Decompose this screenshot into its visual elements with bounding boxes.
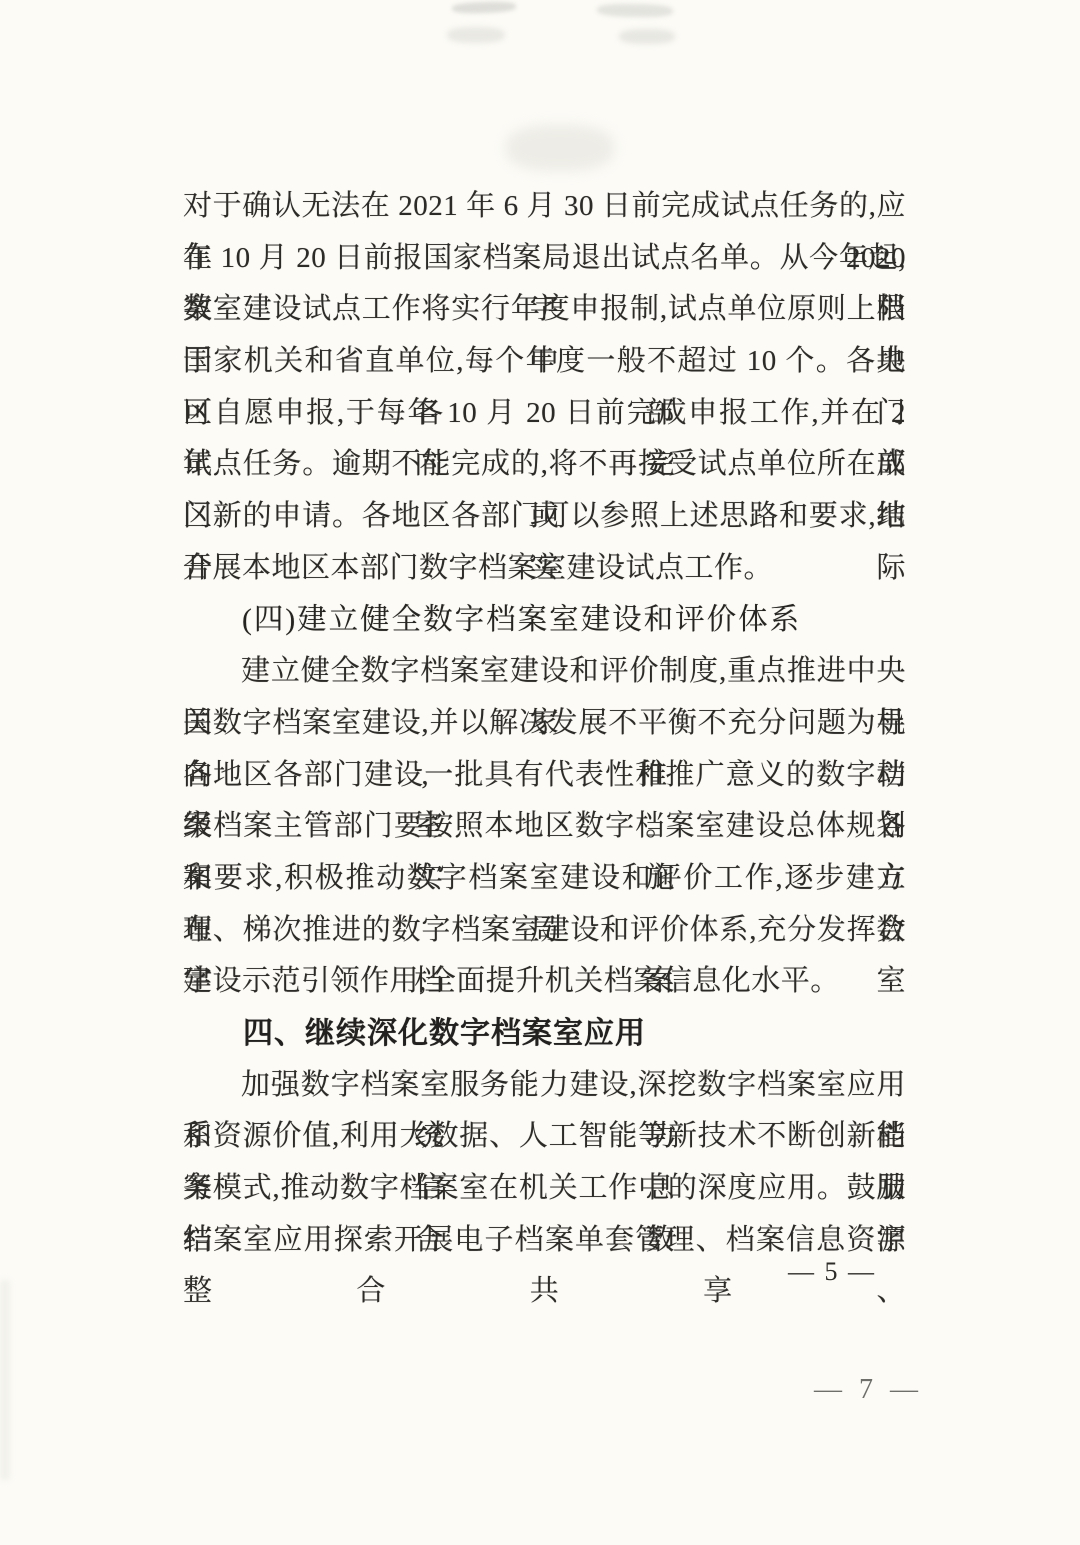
body-line: 对于确认无法在 2021 年 6 月 30 日前完成试点任务的,应在 2020 — [183, 181, 906, 233]
section-heading: (四)建立健全数字档案室建设和评价体系 — [183, 595, 906, 647]
page-number-inner: — 5 — — [788, 1259, 874, 1285]
scan-smudge — [619, 29, 675, 44]
body-line: 国家机关和省直单位,每个年度一般不超过 10 个。各地区各部门 — [183, 336, 906, 388]
body-line: 年 10 月 20 日前报国家档案局退出试点名单。从今年起,数字档 — [183, 233, 906, 285]
body-line: 案要求,积极推动数字档案室建设和评价工作,逐步建立布局合 — [183, 853, 906, 905]
body-line: 和资源价值,利用大数据、人工智能等新技术不断创新档案信息服 — [183, 1111, 906, 1163]
body-line: 案室建设试点工作将实行年度申报制,试点单位原则上限于中央 — [183, 284, 906, 336]
body-line: 试点任务。逾期不能完成的,将不再接受试点单位所在部门或地 — [183, 439, 906, 491]
body-line: 区新的申请。各地区各部门可以参照上述思路和要求,结合实际 — [183, 491, 906, 543]
body-line: 理、梯次推进的数字档案室建设和评价体系,充分发挥数字档案室 — [183, 905, 906, 957]
scan-smudge — [506, 125, 614, 171]
body-line: 可自愿申报,于每年 10 月 20 日前完成申报工作,并在 2 年内完成 — [183, 388, 906, 440]
scan-smudge — [0, 1280, 10, 1480]
scan-smudge — [447, 27, 505, 43]
body-line: 建立健全数字档案室建设和评价制度,重点推进中央国家机 — [183, 646, 906, 698]
chapter-heading: 四、继续深化数字档案室应用 — [183, 1008, 906, 1060]
body-line: 级档案主管部门要按照本地区数字档案室建设总体规划和实施方 — [183, 801, 906, 853]
body-line: 建设示范引领作用,全面提升机关档案信息化水平。 — [183, 956, 906, 1008]
scan-smudge — [597, 3, 673, 17]
scanned-document-page: 对于确认无法在 2021 年 6 月 30 日前完成试点任务的,应在 2020 … — [0, 0, 1080, 1545]
body-line: 关数字档案室建设,并以解决发展不平衡不充分问题为导向,推动 — [183, 698, 906, 750]
body-line: 务模式,推动数字档案室在机关工作中的深度应用。鼓励结合数字 — [183, 1163, 906, 1215]
page-number-outer: — 7 — — [814, 1377, 918, 1403]
scan-smudge — [452, 1, 516, 14]
body-line: 加强数字档案室服务能力建设,深挖数字档案室应用系统功能 — [183, 1060, 906, 1112]
document-body: 对于确认无法在 2021 年 6 月 30 日前完成试点任务的,应在 2020 … — [183, 181, 906, 1266]
body-line: 各地区各部门建设一批具有代表性和推广意义的数字档案室。各 — [183, 750, 906, 802]
